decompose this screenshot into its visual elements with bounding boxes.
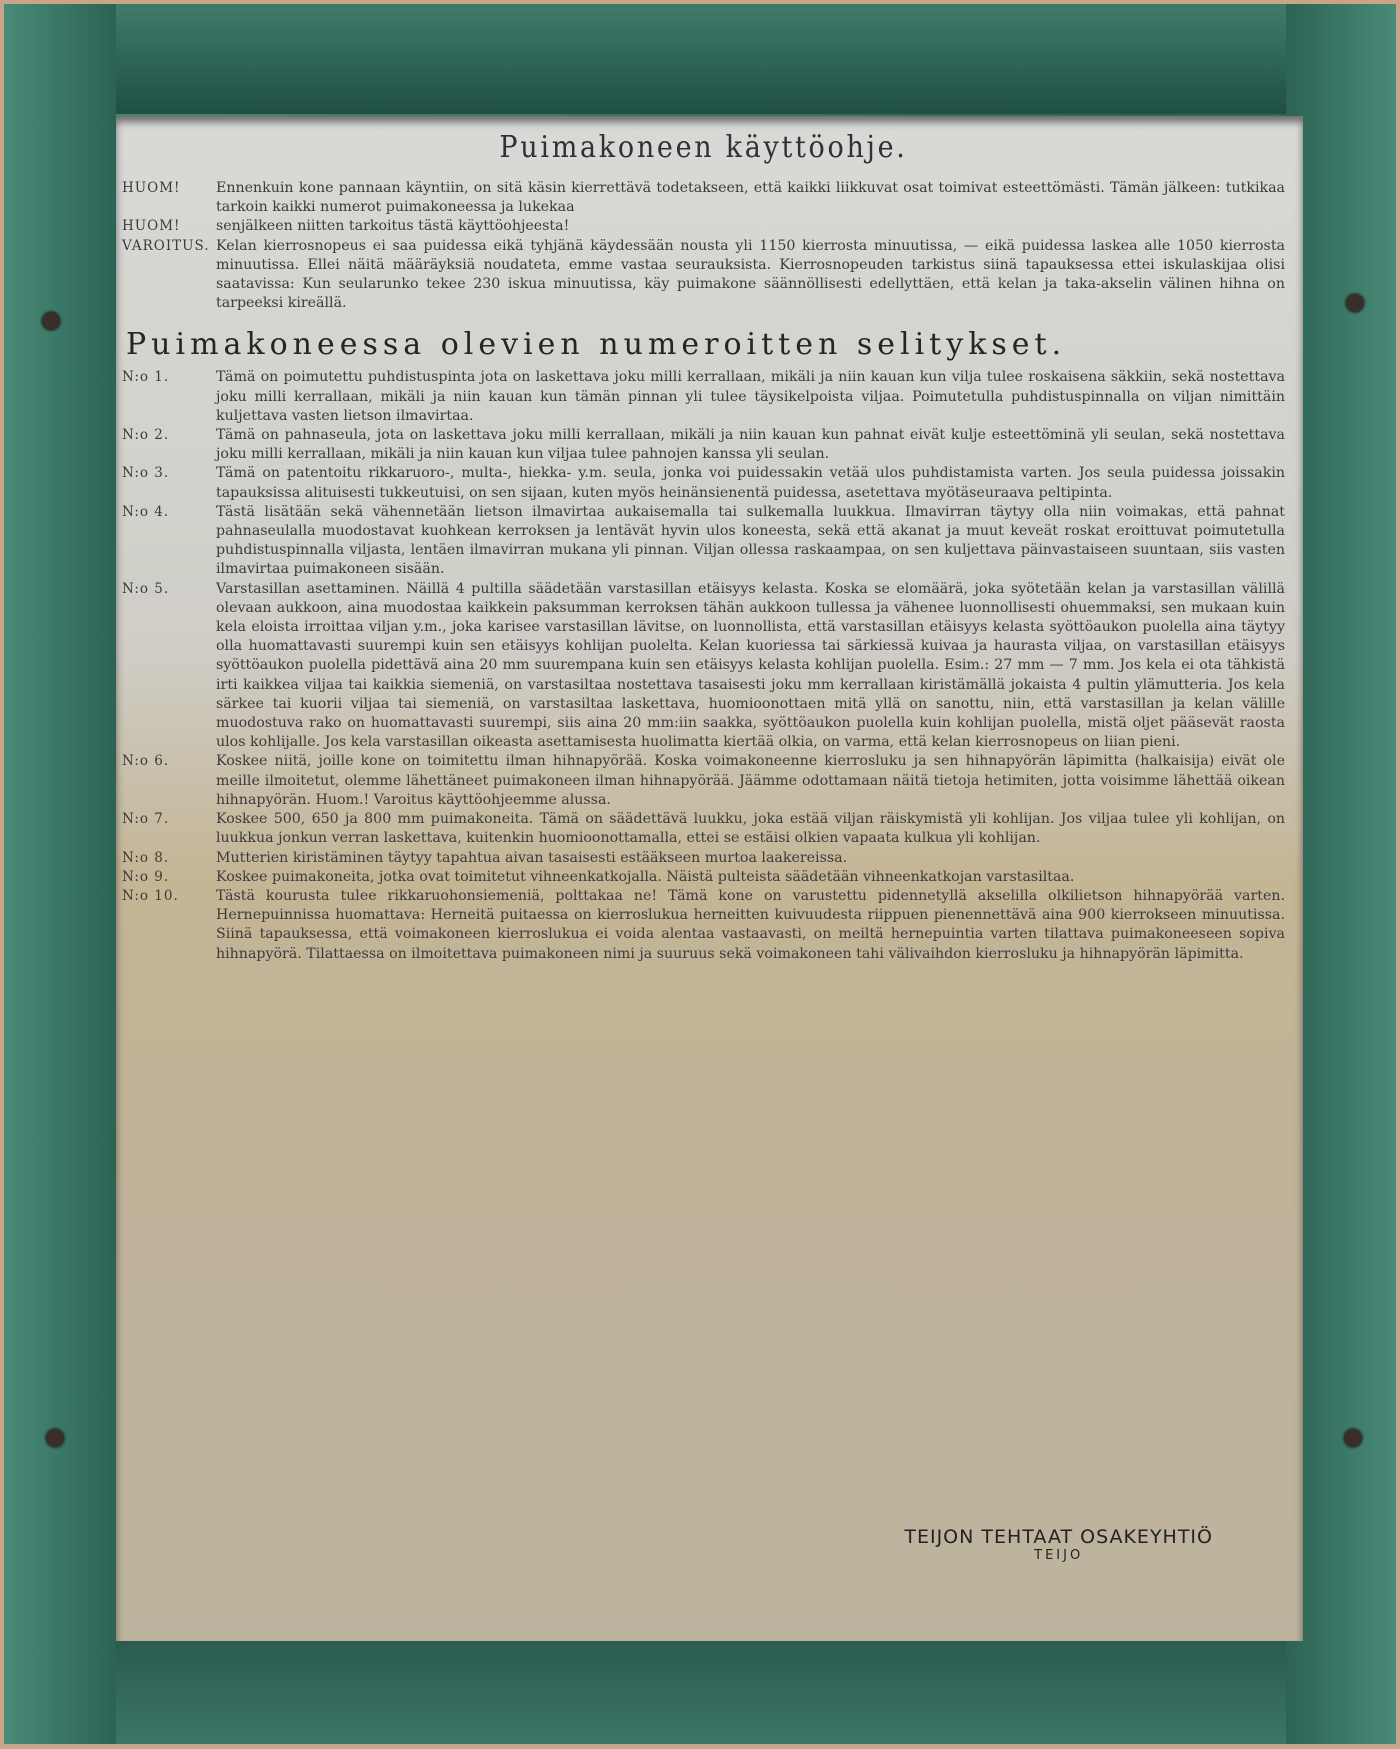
- item-text: Koskee puimakoneita, jotka ovat toimitet…: [216, 868, 1285, 887]
- nail-icon: [1344, 1429, 1362, 1447]
- list-item: HUOM!Ennenkuin kone pannaan käyntiin, on…: [122, 179, 1285, 217]
- list-item: HUOM!senjälkeen niitten tarkoitus tästä …: [122, 217, 1285, 236]
- company-name: TEIJON TEHTAAT OSAKEYHTIÖ: [904, 1526, 1213, 1548]
- list-item: N:o 8.Mutterien kiristäminen täytyy tapa…: [122, 849, 1285, 868]
- list-item: N:o 7.Koskee 500, 650 ja 800 mm puimakon…: [122, 810, 1285, 848]
- item-text: Tämä on pahnaseula, jota on laskettava j…: [216, 426, 1285, 464]
- nail-icon: [46, 1429, 64, 1447]
- item-text: Ennenkuin kone pannaan käyntiin, on sitä…: [216, 179, 1285, 217]
- item-label: N:o 4.: [122, 503, 216, 580]
- list-item: N:o 1.Tämä on poimutettu puhdistuspinta …: [122, 368, 1285, 426]
- item-label: VAROITUS.: [122, 237, 216, 314]
- list-item: N:o 4.Tästä lisätään sekä vähennetään li…: [122, 503, 1285, 580]
- item-text: senjälkeen niitten tarkoitus tästä käytt…: [216, 217, 1285, 236]
- item-label: N:o 1.: [122, 368, 216, 426]
- item-text: Tämä on poimutettu puhdistuspinta jota o…: [216, 368, 1285, 426]
- item-text: Koskee niitä, joille kone on toimitettu …: [216, 752, 1285, 810]
- item-text: Kelan kierrosnopeus ei saa puidessa eikä…: [216, 237, 1285, 314]
- document-title: Puimakoneen käyttöohje.: [180, 130, 1227, 165]
- item-label: HUOM!: [122, 179, 216, 217]
- list-item: VAROITUS.Kelan kierrosnopeus ei saa puid…: [122, 237, 1285, 314]
- item-text: Koskee 500, 650 ja 800 mm puimakoneita. …: [216, 810, 1285, 848]
- item-label: N:o 10.: [122, 887, 216, 964]
- item-text: Tästä kourusta tulee rikkaruohonsiemeniä…: [216, 887, 1285, 964]
- list-item: N:o 3.Tämä on patentoitu rikkaruoro-, mu…: [122, 464, 1285, 502]
- item-text: Tämä on patentoitu rikkaruoro-, multa-, …: [216, 464, 1285, 502]
- item-label: N:o 7.: [122, 810, 216, 848]
- item-label: HUOM!: [122, 217, 216, 236]
- nail-icon: [42, 312, 60, 330]
- signature: TEIJON TEHTAAT OSAKEYHTIÖ TEIJO: [904, 1526, 1213, 1563]
- company-place: TEIJO: [904, 1548, 1213, 1563]
- item-label: N:o 2.: [122, 426, 216, 464]
- warnings-section: HUOM!Ennenkuin kone pannaan käyntiin, on…: [122, 179, 1285, 313]
- item-text: Varstasillan asettaminen. Näillä 4 pulti…: [216, 580, 1285, 753]
- list-item: N:o 6.Koskee niitä, joille kone on toimi…: [122, 752, 1285, 810]
- item-label: N:o 3.: [122, 464, 216, 502]
- list-item: N:o 10.Tästä kourusta tulee rikkaruohons…: [122, 887, 1285, 964]
- item-text: Mutterien kiristäminen täytyy tapahtua a…: [216, 849, 1285, 868]
- item-label: N:o 5.: [122, 580, 216, 753]
- wooden-frame: Puimakoneen käyttöohje. HUOM!Ennenkuin k…: [4, 4, 1396, 1744]
- list-item: N:o 5.Varstasillan asettaminen. Näillä 4…: [122, 580, 1285, 753]
- item-label: N:o 6.: [122, 752, 216, 810]
- instruction-sheet: Puimakoneen käyttöohje. HUOM!Ennenkuin k…: [116, 116, 1303, 1641]
- item-text: Tästä lisätään sekä vähennetään lietson …: [216, 503, 1285, 580]
- nail-icon: [1346, 294, 1364, 312]
- list-item: N:o 9.Koskee puimakoneita, jotka ovat to…: [122, 868, 1285, 887]
- section-heading: Puimakoneessa olevien numeroitten selity…: [126, 327, 1285, 362]
- numbered-explanations: N:o 1.Tämä on poimutettu puhdistuspinta …: [122, 368, 1285, 963]
- list-item: N:o 2.Tämä on pahnaseula, jota on lasket…: [122, 426, 1285, 464]
- item-label: N:o 8.: [122, 849, 216, 868]
- item-label: N:o 9.: [122, 868, 216, 887]
